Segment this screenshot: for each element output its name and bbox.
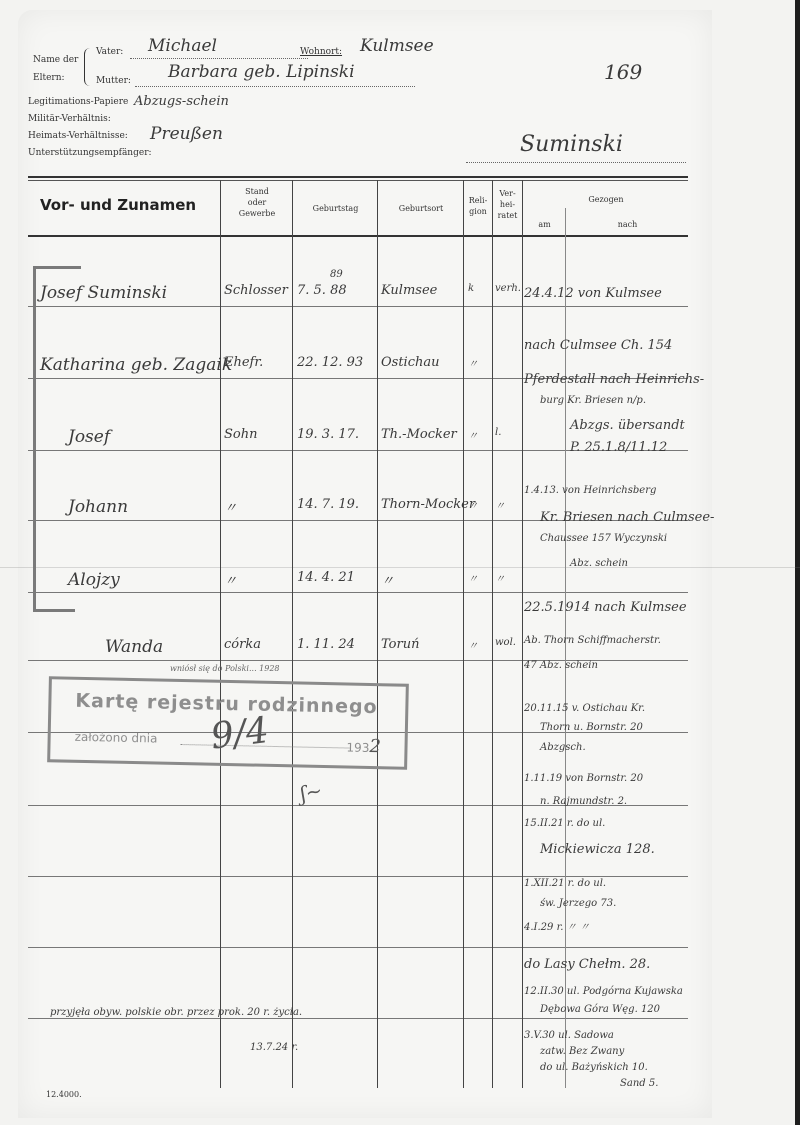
- cell-verheiratet: 〃: [495, 497, 505, 512]
- cell-name: Johann: [68, 497, 128, 517]
- move-entry: 47 Abz. schein: [524, 660, 598, 671]
- move-entry: 1.XII.21 r. do ul.: [524, 878, 606, 889]
- move-entry: Mickiewicza 128.: [540, 842, 655, 857]
- column-header-verheiratet: Ver- hei- ratet: [493, 188, 522, 221]
- column-header-nach: nach: [567, 219, 688, 230]
- legitimation-label: Legitimations-Papiere: [28, 97, 128, 107]
- cell-geburtstag: 22. 12. 93: [297, 355, 363, 370]
- move-entry: 1.11.19 von Bornstr. 20: [524, 773, 643, 784]
- cell-religion: 〃: [468, 497, 478, 512]
- move-entry: 3.V.30 ul. Sadowa: [524, 1030, 614, 1041]
- move-entry: n. Rajmundstr. 2.: [540, 796, 627, 807]
- cell-geburtstag: 14. 4. 21: [297, 570, 355, 585]
- move-entry: 1.4.13. von Heinrichsberg: [524, 485, 656, 496]
- cell-verheiratet: verh.: [495, 283, 521, 294]
- cell-geburtstag: 14. 7. 19.: [297, 497, 359, 512]
- move-entry: 15.II.21 r. do ul.: [524, 818, 605, 829]
- cell-geburtsort: Kulmsee: [381, 283, 437, 298]
- card-number: 169: [604, 60, 642, 84]
- move-entry: nach Culmsee Ch. 154: [524, 338, 672, 353]
- move-entry: 4.I.29 r. 〃 〃: [524, 918, 590, 933]
- row-note: wniósł się do Polski... 1928: [170, 664, 280, 673]
- move-entry: Sand 5.: [620, 1078, 658, 1089]
- column-header-am: am: [524, 219, 565, 230]
- cell-geburtstag: 1. 11. 24: [297, 637, 355, 652]
- mutter-label: Mutter:: [96, 76, 131, 86]
- bottom-note: przyjęła obyw. polskie obr. przez prok. …: [50, 1007, 302, 1018]
- cell-name: Wanda: [105, 637, 163, 657]
- bottom-note-date: 13.7.24 r.: [250, 1042, 298, 1053]
- cell-stand: Sohn: [224, 427, 257, 442]
- column-header-stand: Stand oder Gewerbe: [222, 186, 292, 219]
- heimat-value: Preußen: [150, 124, 223, 144]
- name-der-label: Name der: [33, 55, 78, 65]
- cell-geburtsort: Ostichau: [381, 355, 440, 370]
- cell-name: Katharina geb. Zagaik: [40, 355, 232, 375]
- cell-geburtstag: 7. 5. 88: [297, 283, 347, 298]
- move-entry: św. Jerzego 73.: [540, 898, 616, 909]
- move-entry: Kr. Briesen nach Culmsee-: [540, 510, 714, 525]
- cell-name: Josef: [68, 427, 110, 447]
- move-entry: 22.5.1914 nach Kulmsee: [524, 600, 687, 615]
- move-entry: Abzgsch.: [540, 742, 586, 753]
- stamp-year: 1932: [346, 735, 381, 757]
- column-header-name: Vor- und Zunamen: [40, 196, 196, 214]
- eltern-label: Eltern:: [33, 73, 65, 83]
- scan-edge: [795, 0, 800, 1125]
- cell-religion: 〃: [468, 355, 478, 370]
- move-entry: Ab. Thorn Schiffmacherstr.: [524, 635, 661, 646]
- cell-religion: 〃: [468, 427, 478, 442]
- registry-stamp: Kartę rejestru rodzinnego założono dnia …: [47, 676, 409, 770]
- legitimation-value: Abzugs-schein: [134, 94, 229, 109]
- column-header-geburtstag: Geburtstag: [294, 203, 377, 214]
- birth-year-correction: 89: [330, 269, 343, 280]
- move-entry: 20.11.15 v. Ostichau Kr.: [524, 703, 645, 714]
- move-entry: Pferdestall nach Heinrichs-: [524, 372, 704, 387]
- vater-label: Vater:: [96, 47, 123, 57]
- paper-fold: [0, 567, 800, 568]
- mutter-value: Barbara geb. Lipinski: [168, 62, 355, 82]
- cell-geburtsort: Th.-Mocker: [381, 427, 457, 442]
- cell-verheiratet: wol.: [495, 637, 516, 648]
- cell-name: Alojzy: [68, 570, 120, 590]
- move-entry: Thorn u. Bornstr. 20: [540, 722, 643, 733]
- column-header-religion: Reli- gion: [464, 195, 492, 217]
- move-entry: Dębowa Góra Węg. 120: [540, 1004, 660, 1015]
- cell-geburtsort: Toruń: [381, 637, 419, 652]
- wohnort-value: Kulmsee: [360, 36, 434, 56]
- cell-religion: 〃: [468, 637, 478, 652]
- heimat-label: Heimats-Verhältnisse:: [28, 131, 128, 141]
- move-entry: 24.4.12 von Kulmsee: [524, 286, 662, 301]
- cell-name: Josef Suminski: [40, 283, 167, 303]
- move-entry: do ul. Bażyńskich 10.: [540, 1062, 648, 1073]
- unterstuetzung-label: Unterstützungsempfänger:: [28, 148, 152, 158]
- cell-religion: 〃: [468, 570, 478, 585]
- move-entry: zatw. Bez Zwany: [540, 1046, 624, 1057]
- cell-verheiratet: 〃: [495, 570, 505, 585]
- family-bracket: [33, 266, 36, 611]
- parents-brace: [84, 48, 91, 86]
- cell-religion: k: [468, 283, 474, 294]
- wohnort-label: Wohnort:: [300, 47, 342, 57]
- cell-stand: 〃: [224, 497, 237, 516]
- stamp-date: 9/4: [209, 710, 271, 758]
- column-header-gezogen: Gezogen: [524, 194, 688, 205]
- cell-verheiratet: l.: [495, 427, 501, 438]
- move-entry: burg Kr. Briesen n/p.: [540, 395, 646, 406]
- form-serial: 12.4000.: [46, 1090, 82, 1099]
- move-entry: do Lasy Chełm. 28.: [524, 957, 650, 972]
- cell-stand: Ehefr.: [224, 355, 263, 370]
- vater-value: Michael: [148, 36, 217, 56]
- move-entry: P. 25.1.8/11.12: [570, 440, 667, 455]
- signature: ʃ~: [298, 778, 325, 806]
- militaer-label: Militär-Verhältnis:: [28, 114, 111, 124]
- cell-geburtstag: 19. 3. 17.: [297, 427, 359, 442]
- cell-geburtsort: 〃: [381, 570, 394, 589]
- cell-stand: córka: [224, 637, 261, 652]
- move-entry: Chaussee 157 Wyczynski: [540, 533, 667, 544]
- column-header-geburtsort: Geburtsort: [379, 203, 463, 214]
- stamp-subtitle: założono dnia: [75, 730, 158, 746]
- move-entry: 12.II.30 ul. Podgórna Kujawska: [524, 986, 683, 997]
- family-name: Suminski: [520, 132, 623, 157]
- move-entry: Abz. schein: [570, 558, 628, 569]
- cell-stand: 〃: [224, 570, 237, 589]
- cell-geburtsort: Thorn-Mocker: [381, 497, 475, 512]
- cell-stand: Schlosser: [224, 283, 288, 298]
- move-entry: Abzgs. übersandt: [570, 418, 685, 433]
